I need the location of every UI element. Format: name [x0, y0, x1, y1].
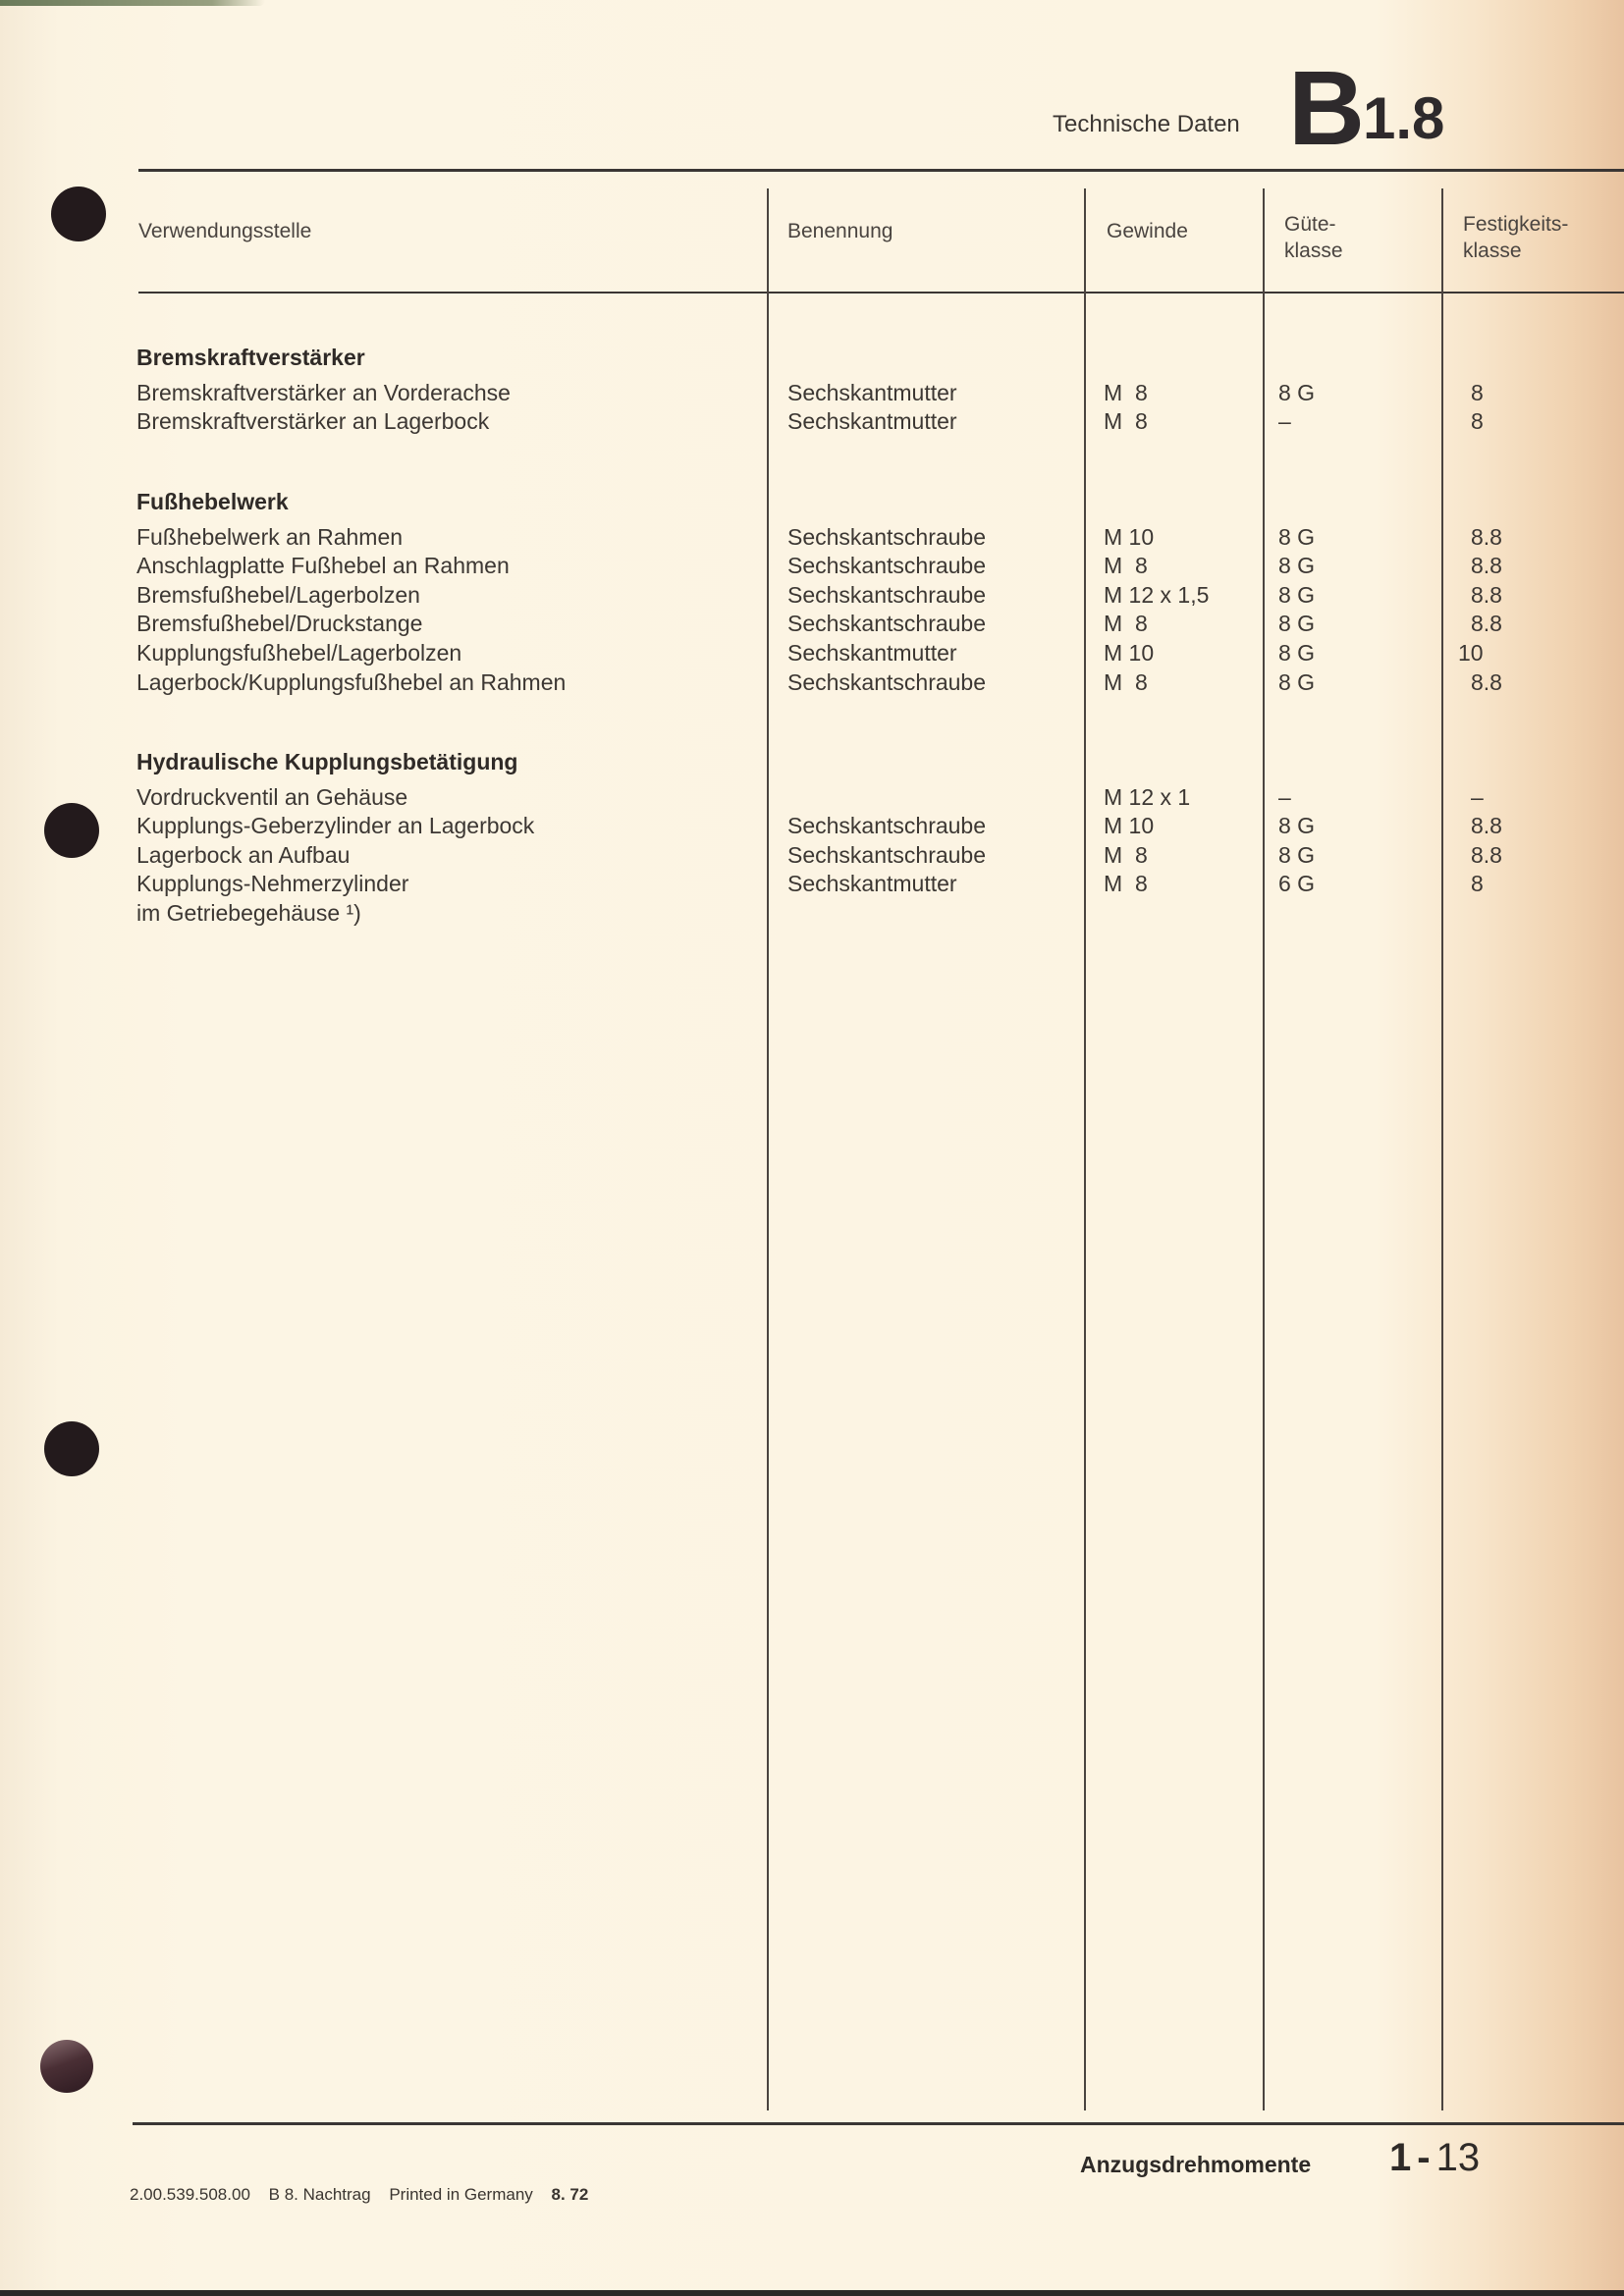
part-number: 2.00.539.508.00 [130, 2185, 250, 2204]
column-divider [1084, 188, 1086, 2110]
supplement-label: B 8. Nachtrag [269, 2185, 371, 2204]
section-code-number: 1.8 [1363, 85, 1444, 151]
cell-verwendungsstelle: Bremsfußhebel/Druckstange [136, 610, 422, 639]
cell-benennung: Sechskantmutter [787, 407, 957, 437]
cell-gewinde: M 10 [1104, 639, 1154, 668]
cell-gewinde: M 10 [1104, 812, 1154, 841]
cell-festigkeit: 8 [1471, 870, 1484, 899]
column-header-guete: Güte- klasse [1284, 211, 1343, 264]
cell-verwendungsstelle: Fußhebelwerk an Rahmen [136, 523, 403, 553]
column-header-benennung: Benennung [787, 218, 893, 244]
cell-verwendungsstelle: Anschlagplatte Fußhebel an Rahmen [136, 552, 510, 581]
column-divider [1263, 188, 1265, 2110]
print-date: 8. 72 [552, 2185, 589, 2204]
footer-rule [133, 2122, 1624, 2125]
cell-verwendungsstelle: Bremskraftverstärker an Vorderachse [136, 379, 511, 408]
column-header-festigkeit: Festigkeits- klasse [1463, 211, 1568, 264]
cell-guete: 8 G [1278, 841, 1315, 871]
column-header-festigkeit-line2: klasse [1463, 238, 1568, 264]
cell-verwendungsstelle: Bremsfußhebel/Lagerbolzen [136, 581, 420, 611]
group-title: Fußhebelwerk [136, 488, 289, 517]
cell-gewinde: M 10 [1104, 523, 1154, 553]
group-title: Hydraulische Kupplungsbetätigung [136, 748, 517, 777]
section-code-letter: B [1288, 48, 1363, 167]
cell-guete: 6 G [1278, 870, 1315, 899]
cell-guete: 8 G [1278, 668, 1315, 698]
column-divider [767, 188, 769, 2110]
cell-festigkeit: 8.8 [1471, 581, 1502, 611]
cell-gewinde: M 12 x 1,5 [1104, 581, 1209, 611]
cell-benennung: Sechskantschraube [787, 523, 986, 553]
cell-guete: 8 G [1278, 610, 1315, 639]
cell-festigkeit: 8 [1471, 407, 1484, 437]
cell-verwendungsstelle: Lagerbock/Kupplungsfußhebel an Rahmen [136, 668, 566, 698]
cell-verwendungsstelle: Vordruckventil an Gehäuse [136, 783, 407, 813]
cell-festigkeit: 8.8 [1471, 812, 1502, 841]
cell-gewinde: M 8 [1104, 668, 1148, 698]
punch-hole [44, 1421, 99, 1476]
column-header-festigkeit-line1: Festigkeits- [1463, 211, 1568, 238]
cell-gewinde: M 8 [1104, 407, 1148, 437]
footer-print-info: 2.00.539.508.00 B 8. Nachtrag Printed in… [130, 2185, 602, 2205]
cell-gewinde: M 8 [1104, 552, 1148, 581]
printed-label: Printed in Germany [389, 2185, 532, 2204]
cell-benennung: Sechskantschraube [787, 812, 986, 841]
cell-benennung: Sechskantschraube [787, 668, 986, 698]
cell-verwendungsstelle: Kupplungs-Nehmerzylinder [136, 870, 408, 899]
column-header-verwendungsstelle: Verwendungsstelle [138, 218, 311, 244]
page-section-code: B1.8 [1288, 59, 1444, 157]
cell-gewinde: M 8 [1104, 841, 1148, 871]
cell-benennung: Sechskantmutter [787, 639, 957, 668]
column-header-gewinde: Gewinde [1107, 218, 1188, 244]
cell-benennung: Sechskantschraube [787, 581, 986, 611]
punch-hole [40, 2040, 93, 2093]
group-title: Bremskraftverstärker [136, 344, 365, 373]
column-header-rule [138, 292, 1624, 294]
cell-gewinde: M 8 [1104, 610, 1148, 639]
cell-verwendungsstelle: im Getriebegehäuse ¹) [136, 899, 361, 929]
cell-festigkeit: 8 [1471, 379, 1484, 408]
cell-guete: – [1278, 783, 1291, 813]
page-number: 1-13 [1389, 2136, 1480, 2180]
cell-festigkeit: 8.8 [1471, 610, 1502, 639]
cell-festigkeit: – [1471, 783, 1484, 813]
cell-festigkeit: 8.8 [1471, 523, 1502, 553]
punch-hole [51, 187, 106, 241]
cell-festigkeit: 8.8 [1471, 552, 1502, 581]
cell-verwendungsstelle: Kupplungs-Geberzylinder an Lagerbock [136, 812, 534, 841]
footer-section-name: Anzugsdrehmomente [1080, 2152, 1311, 2178]
cell-festigkeit: 10 [1458, 639, 1484, 668]
cell-guete: – [1278, 407, 1291, 437]
cell-benennung: Sechskantschraube [787, 610, 986, 639]
page-separator: - [1417, 2136, 1430, 2179]
cell-gewinde: M 12 x 1 [1104, 783, 1190, 813]
cell-gewinde: M 8 [1104, 870, 1148, 899]
cell-guete: 8 G [1278, 581, 1315, 611]
column-divider [1441, 188, 1443, 2110]
cell-benennung: Sechskantschraube [787, 841, 986, 871]
cell-benennung: Sechskantmutter [787, 379, 957, 408]
cell-guete: 8 G [1278, 552, 1315, 581]
cell-verwendungsstelle: Bremskraftverstärker an Lagerbock [136, 407, 489, 437]
page-edge-shadow [0, 0, 265, 6]
cell-guete: 8 G [1278, 639, 1315, 668]
cell-benennung: Sechskantschraube [787, 552, 986, 581]
cell-festigkeit: 8.8 [1471, 841, 1502, 871]
cell-guete: 8 G [1278, 379, 1315, 408]
column-header-guete-line2: klasse [1284, 238, 1343, 264]
header-rule [138, 169, 1624, 172]
cell-guete: 8 G [1278, 812, 1315, 841]
scan-bottom-edge [0, 2290, 1624, 2296]
cell-gewinde: M 8 [1104, 379, 1148, 408]
section-title: Technische Daten [1053, 111, 1240, 138]
cell-festigkeit: 8.8 [1471, 668, 1502, 698]
page-number-value: 13 [1436, 2136, 1481, 2179]
cell-guete: 8 G [1278, 523, 1315, 553]
column-header-guete-line1: Güte- [1284, 211, 1343, 238]
punch-hole [44, 803, 99, 858]
cell-benennung: Sechskantmutter [787, 870, 957, 899]
page-chapter: 1 [1389, 2136, 1411, 2179]
cell-verwendungsstelle: Lagerbock an Aufbau [136, 841, 350, 871]
cell-verwendungsstelle: Kupplungsfußhebel/Lagerbolzen [136, 639, 461, 668]
